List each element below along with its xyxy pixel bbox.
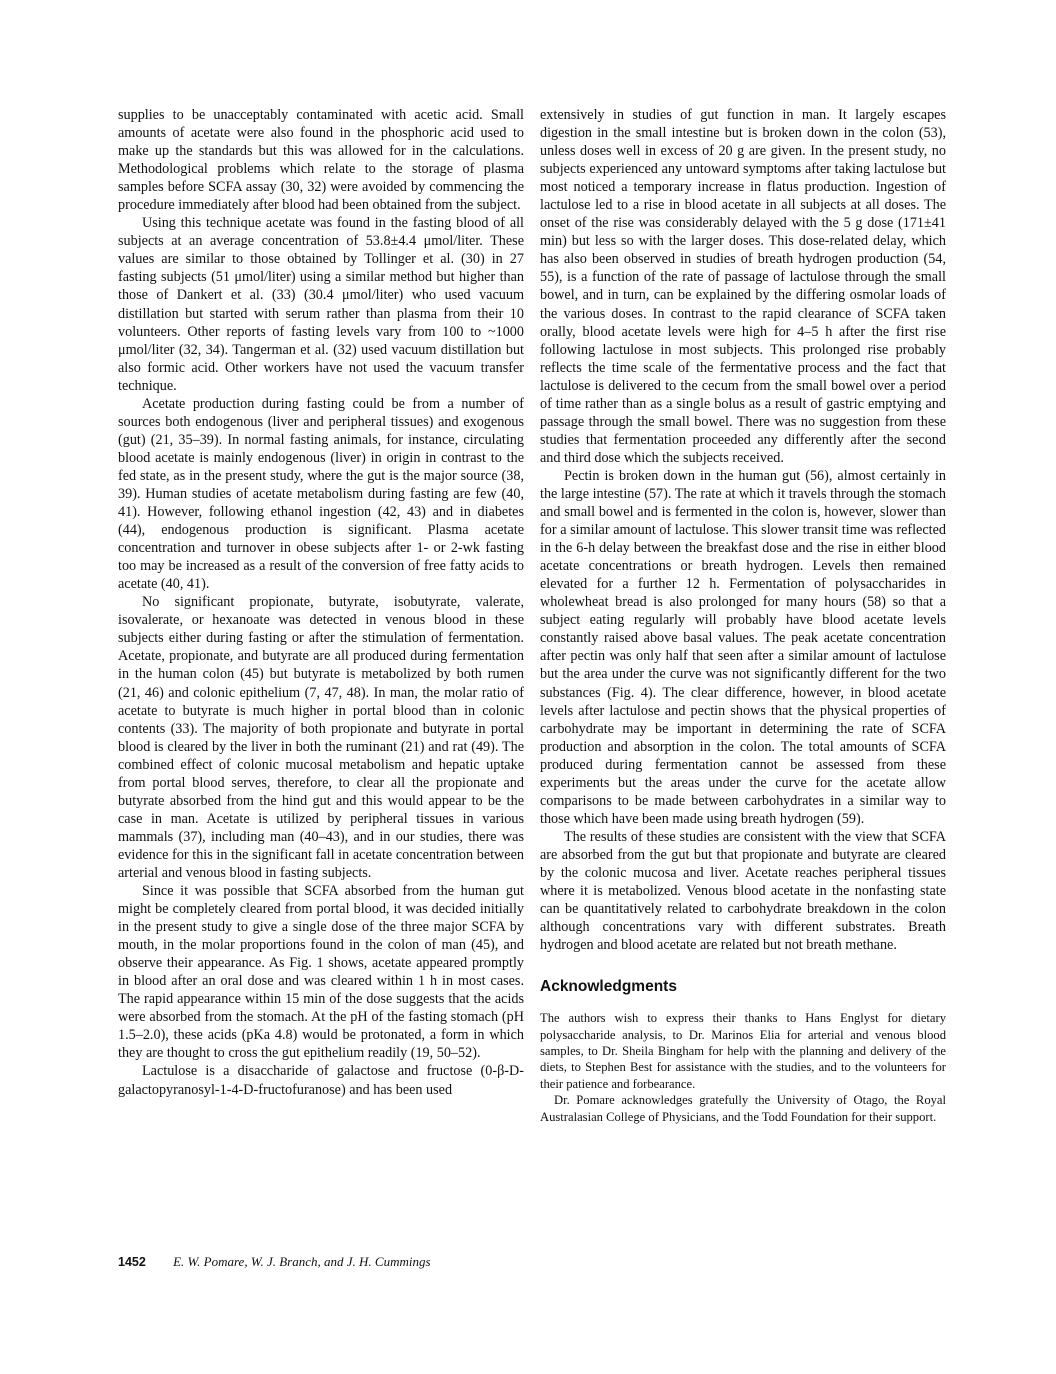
left-column: supplies to be unacceptably contaminated…: [118, 106, 524, 1099]
running-authors: E. W. Pomare, W. J. Branch, and J. H. Cu…: [173, 1254, 430, 1269]
page-footer: 1452 E. W. Pomare, W. J. Branch, and J. …: [118, 1254, 431, 1270]
acknowledgment-paragraph: The authors wish to express their thanks…: [540, 1010, 946, 1092]
paragraph: Acetate production during fasting could …: [118, 395, 524, 594]
page-number: 1452: [118, 1255, 146, 1269]
paragraph: Pectin is broken down in the human gut (…: [540, 467, 946, 828]
paragraph: Since it was possible that SCFA absorbed…: [118, 882, 524, 1062]
paragraph: extensively in studies of gut function i…: [540, 106, 946, 467]
paragraph: supplies to be unacceptably contaminated…: [118, 106, 524, 214]
paragraph: No significant propionate, butyrate, iso…: [118, 593, 524, 882]
paragraph: Using this technique acetate was found i…: [118, 214, 524, 394]
acknowledgment-paragraph: Dr. Pomare acknowledges gratefully the U…: [540, 1092, 946, 1125]
acknowledgments-section: The authors wish to express their thanks…: [540, 1010, 946, 1125]
acknowledgments-heading: Acknowledgments: [540, 978, 946, 996]
right-column: extensively in studies of gut function i…: [540, 106, 946, 1125]
paragraph: The results of these studies are consist…: [540, 828, 946, 954]
paragraph: Lactulose is a disaccharide of galactose…: [118, 1062, 524, 1098]
